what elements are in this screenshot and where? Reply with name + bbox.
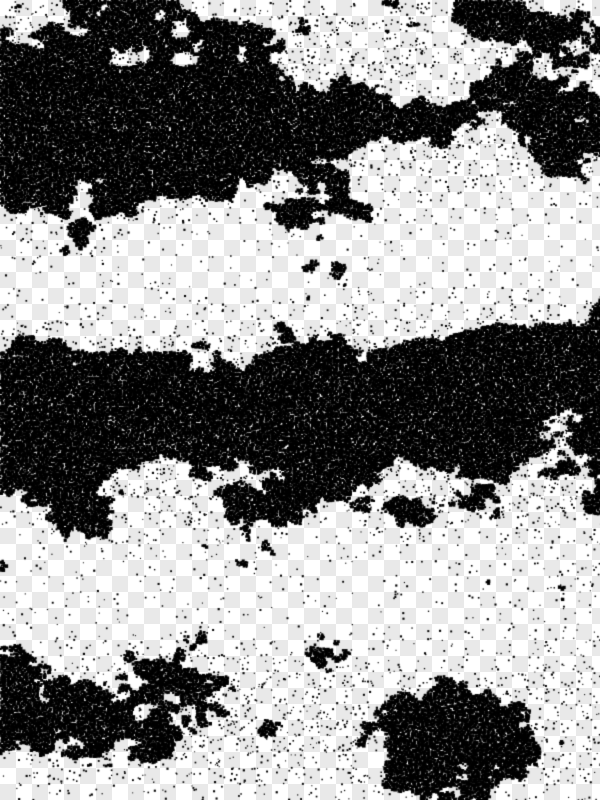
grunge-texture-canvas <box>0 0 600 800</box>
texture-stage <box>0 0 600 800</box>
